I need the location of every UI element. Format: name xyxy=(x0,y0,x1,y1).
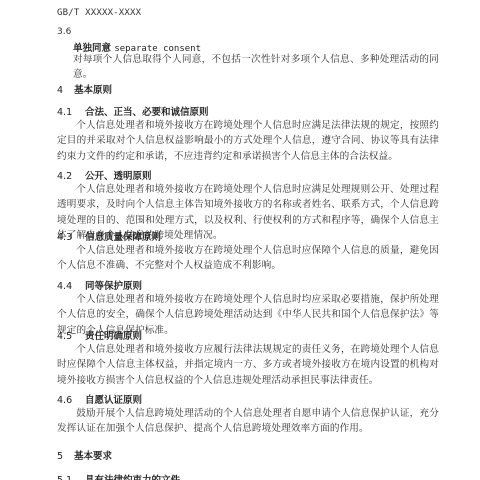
clause-4-1-title: 合法、正当、必要和诚信原则 xyxy=(85,107,209,118)
clause-4-1-heading: 4.1合法、正当、必要和诚信原则 xyxy=(57,104,439,118)
section-4-number: 4 xyxy=(57,85,74,96)
clause-4-6-heading: 4.6自愿认证原则 xyxy=(57,392,439,406)
clause-5-1-number: 5.1 xyxy=(57,475,85,480)
clause-5-1-title: 具有法律约束力的文件 xyxy=(85,475,180,480)
clause-4-5-text: 个人信息处理者和境外接收方应履行法律法规规定的责任义务，在跨境处理个人信息时应保… xyxy=(57,342,439,388)
standard-code-header: GB/T XXXXX-XXXX xyxy=(57,8,141,18)
clause-4-3-number: 4.3 xyxy=(57,232,85,243)
clause-4-1-number: 4.1 xyxy=(57,107,85,118)
section-5-heading: 5基本要求 xyxy=(57,448,439,462)
clause-4-1-text: 个人信息处理者和境外接收方在跨境处理个人信息时应满足法律法规的规定，按照约定目的… xyxy=(57,118,439,164)
clause-4-4-title: 同等保护原则 xyxy=(85,281,142,292)
clause-4-5-heading: 4.5责任明确原则 xyxy=(57,328,439,342)
section-4-title: 基本原则 xyxy=(74,85,112,96)
clause-4-2-heading: 4.2公开、透明原则 xyxy=(57,168,439,182)
term-definition: 对每项个人信息取得个人同意，不包括一次性针对多项个人信息、多种处理活动的同意。 xyxy=(73,52,439,83)
section-5-title: 基本要求 xyxy=(74,451,112,462)
term-number: 3.6 xyxy=(57,27,439,37)
clause-4-3-title: 信息质量保障原则 xyxy=(85,232,161,243)
clause-5-1-heading: 5.1具有法律约束力的文件 xyxy=(57,472,439,480)
clause-4-3-heading: 4.3信息质量保障原则 xyxy=(57,229,439,243)
clause-4-5-number: 4.5 xyxy=(57,331,85,342)
section-5-number: 5 xyxy=(57,451,74,462)
section-4-heading: 4基本原则 xyxy=(57,82,439,96)
clause-4-2-number: 4.2 xyxy=(57,171,85,182)
clause-4-3-text: 个人信息处理者和境外接收方在跨境处理个人信息时应保障个人信息的质量，避免因个人信… xyxy=(57,243,439,274)
clause-4-6-title: 自愿认证原则 xyxy=(85,395,142,406)
clause-4-4-heading: 4.4同等保护原则 xyxy=(57,278,439,292)
clause-4-4-number: 4.4 xyxy=(57,281,85,292)
clause-4-6-text: 鼓励开展个人信息跨境处理活动的个人信息处理者自愿申请个人信息保护认证，充分发挥认… xyxy=(57,406,439,437)
clause-4-6-number: 4.6 xyxy=(57,395,85,406)
clause-4-2-title: 公开、透明原则 xyxy=(85,171,152,182)
clause-4-5-title: 责任明确原则 xyxy=(85,331,142,342)
